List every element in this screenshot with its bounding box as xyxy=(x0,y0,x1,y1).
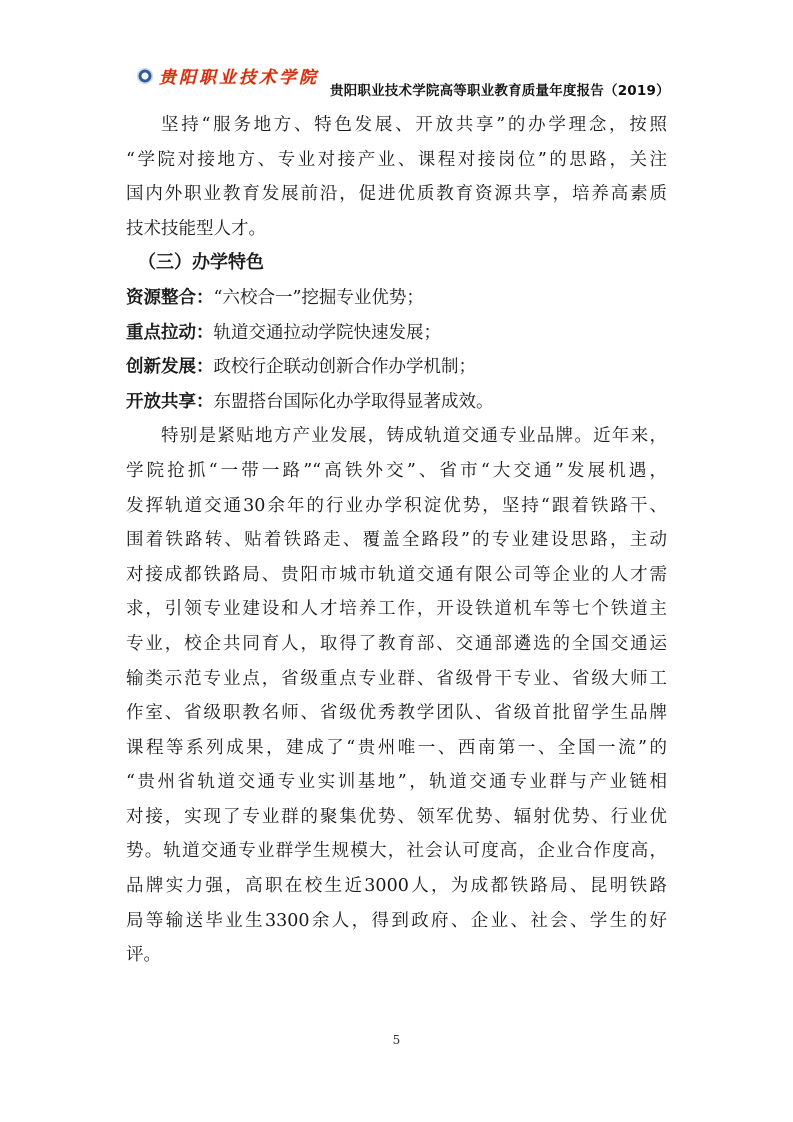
text-line: 特别是紧贴地方产业发展，铸成轨道交通专业品牌。近年来， xyxy=(126,419,667,454)
intro-paragraph: 坚持“服务地方、特色发展、开放共享”的办学理念，按照 “学院对接地方、专业对接产… xyxy=(126,108,667,246)
feature-value: 政校行企联动创新合作办学机制； xyxy=(214,357,477,377)
logo-text: 贵阳职业技术学院 xyxy=(159,63,319,88)
text-line: 输类示范专业点，省级重点专业群、省级骨干专业、省级大师工 xyxy=(126,662,667,697)
text-line: 学院抢抓“一带一路”“高铁外交”、省市“大交通”发展机遇， xyxy=(126,454,667,489)
text-line: 作室、省级职教名师、省级优秀教学团队、省级首批留学生品牌 xyxy=(126,696,667,731)
page-number: 5 xyxy=(0,1033,793,1047)
feature-key: 开放共享： xyxy=(126,392,214,412)
college-emblem-icon xyxy=(137,68,153,84)
text-line: 技术技能型人才。 xyxy=(126,212,667,247)
page-content: 坚持“服务地方、特色发展、开放共享”的办学理念，按照 “学院对接地方、专业对接产… xyxy=(126,108,667,973)
text-line: 对接，实现了专业群的聚集优势、领军优势、辐射优势、行业优 xyxy=(126,800,667,835)
feature-item: 重点拉动：轨道交通拉动学院快速发展； xyxy=(126,316,667,351)
feature-key: 重点拉动： xyxy=(126,323,214,343)
body-paragraph: 特别是紧贴地方产业发展，铸成轨道交通专业品牌。近年来， 学院抢抓“一带一路”“高… xyxy=(126,419,667,973)
feature-value: “六校合一”挖掘专业优势； xyxy=(214,288,424,308)
text-line: 品牌实力强，高职在校生近3000人，为成都铁路局、昆明铁路 xyxy=(126,869,667,904)
page-header: 贵阳职业技术学院 贵阳职业技术学院高等职业教育质量年度报告（2019） xyxy=(0,0,793,100)
feature-value: 东盟搭台国际化办学取得显著成效。 xyxy=(214,392,494,412)
text-line: “学院对接地方、专业对接产业、课程对接岗位”的思路，关注 xyxy=(126,143,667,178)
section-heading: （三）办学特色 xyxy=(126,246,667,281)
text-line: 课程等系列成果，建成了“贵州唯一、西南第一、全国一流”的 xyxy=(126,731,667,766)
text-line: 局等输送毕业生3300余人，得到政府、企业、社会、学生的好 xyxy=(126,904,667,939)
text-line: “贵州省轨道交通专业实训基地”，轨道交通专业群与产业链相 xyxy=(126,765,667,800)
text-line: 发挥轨道交通30余年的行业办学积淀优势，坚持“跟着铁路干、 xyxy=(126,489,667,524)
feature-list: 资源整合：“六校合一”挖掘专业优势； 重点拉动：轨道交通拉动学院快速发展； 创新… xyxy=(126,281,667,419)
text-line: 对接成都铁路局、贵阳市城市轨道交通有限公司等企业的人才需 xyxy=(126,558,667,593)
feature-value: 轨道交通拉动学院快速发展； xyxy=(214,323,442,343)
text-line: 专业，校企共同育人，取得了教育部、交通部遴选的全国交通运 xyxy=(126,627,667,662)
feature-item: 资源整合：“六校合一”挖掘专业优势； xyxy=(126,281,667,316)
college-logo: 贵阳职业技术学院 xyxy=(137,63,319,88)
feature-item: 开放共享：东盟搭台国际化办学取得显著成效。 xyxy=(126,385,667,420)
feature-key: 资源整合： xyxy=(126,288,214,308)
feature-item: 创新发展：政校行企联动创新合作办学机制； xyxy=(126,350,667,385)
feature-key: 创新发展： xyxy=(126,357,214,377)
text-line: 坚持“服务地方、特色发展、开放共享”的办学理念，按照 xyxy=(126,108,667,143)
text-line: 求，引领专业建设和人才培养工作，开设铁道机车等七个铁道主 xyxy=(126,592,667,627)
report-title: 贵阳职业技术学院高等职业教育质量年度报告（2019） xyxy=(330,79,670,99)
text-line: 围着铁路转、贴着铁路走、覆盖全路段”的专业建设思路，主动 xyxy=(126,523,667,558)
text-line: 评。 xyxy=(126,938,667,973)
text-line: 国内外职业教育发展前沿，促进优质教育资源共享，培养高素质 xyxy=(126,177,667,212)
text-line: 势。轨道交通专业群学生规模大，社会认可度高，企业合作度高， xyxy=(126,834,667,869)
